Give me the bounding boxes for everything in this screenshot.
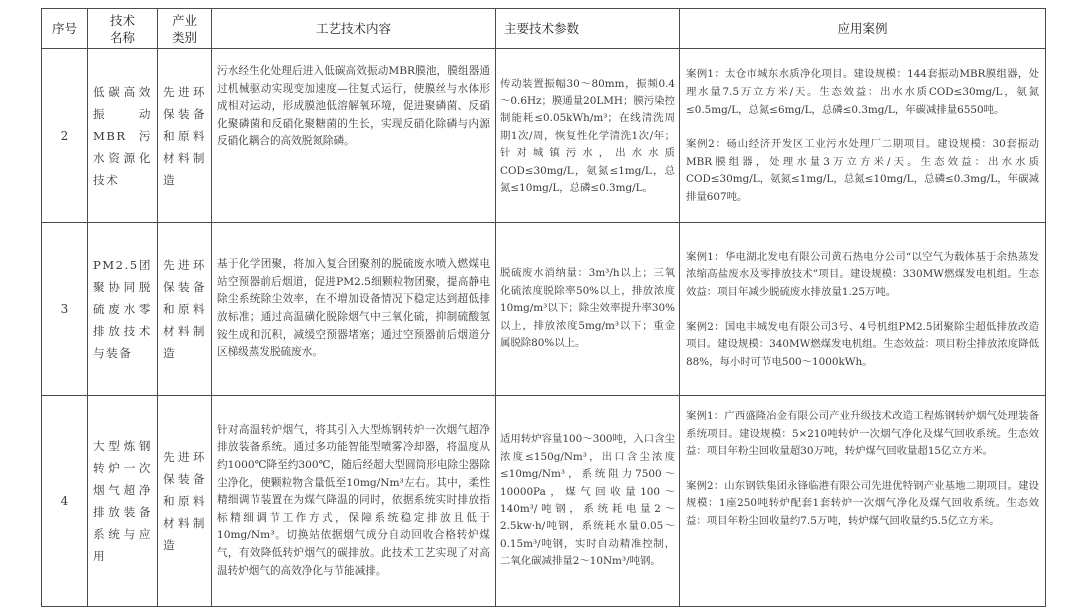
header-industry: 产业 类别 bbox=[158, 9, 212, 49]
row-cases: 案例1：广西盛隆冶金有限公司产业升级技术改造工程炼钢转炉烟气处理装备系统项目。建… bbox=[680, 396, 1046, 607]
case-1: 案例1：广西盛隆冶金有限公司产业升级技术改造工程炼钢转炉烟气处理装备系统项目。建… bbox=[686, 408, 1039, 461]
row-tech-name: 低碳高效振动MBR污水资源化技术 bbox=[88, 49, 158, 223]
header-tech-name-line1: 技术 bbox=[88, 12, 157, 29]
case-2: 案例2：砀山经济开发区工业污水处理厂二期项目。建设规模：30套振动MBR膜组器，… bbox=[686, 136, 1039, 206]
row-tech-name: 大型炼钢转炉一次烟气超净排放装备系统与应用 bbox=[88, 396, 158, 607]
technology-catalog-table: 序号 技术 名称 产业 类别 工艺技术内容 主要技术参数 应用案例 2 低碳高效… bbox=[41, 8, 1046, 607]
row-index: 3 bbox=[42, 223, 88, 396]
table-row: 4 大型炼钢转炉一次烟气超净排放装备系统与应用 先进环保装备和原料材料制造 针对… bbox=[42, 396, 1046, 607]
row-industry: 先进环保装备和原料材料制造 bbox=[158, 396, 212, 607]
row-cases: 案例1：太仓市城东水质净化项目。建设规模：144套振动MBR膜组器，处理水量7.… bbox=[680, 49, 1046, 223]
header-params: 主要技术参数 bbox=[496, 9, 680, 49]
header-industry-line1: 产业 bbox=[158, 12, 211, 29]
row-index: 4 bbox=[42, 396, 88, 607]
header-process: 工艺技术内容 bbox=[212, 9, 496, 49]
case-2: 案例2：国电丰城发电有限公司3号、4号机组PM2.5团聚除尘超低排放改造项目。建… bbox=[686, 319, 1039, 372]
header-tech-name-line2: 名称 bbox=[88, 29, 157, 46]
row-params: 适用转炉容量100～300吨，入口含尘浓度≤150g/Nm³，出口含尘浓度≤10… bbox=[496, 396, 680, 607]
case-1: 案例1：华电湖北发电有限公司黄石热电分公司“以空气为载体基于余热蒸发浓缩高盐废水… bbox=[686, 249, 1039, 302]
row-params: 脱硫废水消纳量：3m³/h以上；三氧化硫浓度脱除率50%以上，排放浓度10mg/… bbox=[496, 223, 680, 396]
case-1: 案例1：太仓市城东水质净化项目。建设规模：144套振动MBR膜组器，处理水量7.… bbox=[686, 66, 1039, 119]
header-tech-name: 技术 名称 bbox=[88, 9, 158, 49]
table-row: 2 低碳高效振动MBR污水资源化技术 先进环保装备和原料材料制造 污水经生化处理… bbox=[42, 49, 1046, 223]
row-params: 传动装置振幅30～80mm，振频0.4～0.6Hz；膜通量20LMH；膜污染控制… bbox=[496, 49, 680, 223]
header-industry-line2: 类别 bbox=[158, 29, 211, 46]
header-cases: 应用案例 bbox=[680, 9, 1046, 49]
row-process: 污水经生化处理后进入低碳高效振动MBR膜池，膜组器通过机械驱动实现变加速度—往复… bbox=[212, 49, 496, 223]
row-industry: 先进环保装备和原料材料制造 bbox=[158, 49, 212, 223]
row-process: 针对高温转炉烟气，将其引入大型炼钢转炉一次烟气超净排放装备系统。通过多功能智能型… bbox=[212, 396, 496, 607]
row-process: 基于化学团聚，将加入复合团聚剂的脱硫废水喷入燃煤电站空预器前后烟道，促进PM2.… bbox=[212, 223, 496, 396]
row-tech-name: PM2.5团聚协同脱硫废水零排放技术与装备 bbox=[88, 223, 158, 396]
row-cases: 案例1：华电湖北发电有限公司黄石热电分公司“以空气为载体基于余热蒸发浓缩高盐废水… bbox=[680, 223, 1046, 396]
row-industry: 先进环保装备和原料材料制造 bbox=[158, 223, 212, 396]
case-2: 案例2：山东钢铁集团永锋临港有限公司先进优特钢产业基地二期项目。建设规模：1座2… bbox=[686, 478, 1039, 531]
row-index: 2 bbox=[42, 49, 88, 223]
header-index: 序号 bbox=[42, 9, 88, 49]
table-row: 3 PM2.5团聚协同脱硫废水零排放技术与装备 先进环保装备和原料材料制造 基于… bbox=[42, 223, 1046, 396]
table-header-row: 序号 技术 名称 产业 类别 工艺技术内容 主要技术参数 应用案例 bbox=[42, 9, 1046, 49]
